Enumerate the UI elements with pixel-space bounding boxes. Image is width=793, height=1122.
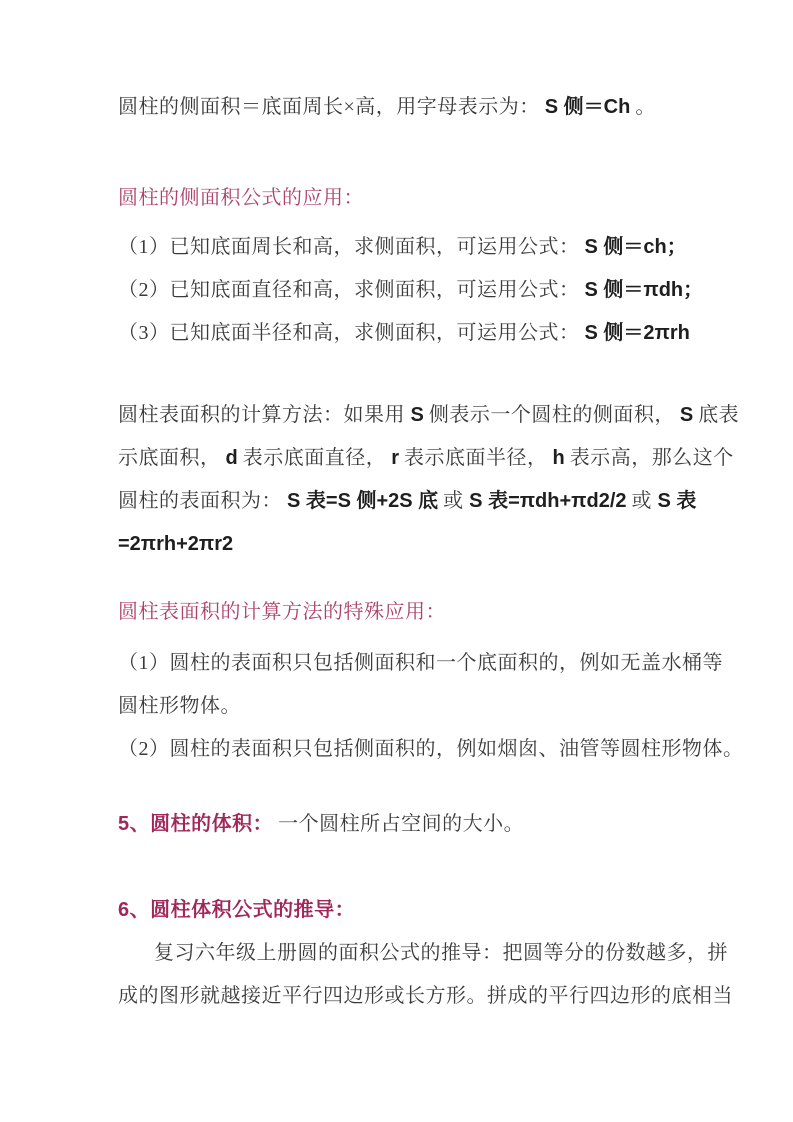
- special-application-heading: 圆柱表面积的计算方法的特殊应用：: [118, 591, 693, 634]
- lateral-area-heading: 圆柱的侧面积公式的应用：: [118, 177, 693, 220]
- paragraph-formula: S: [411, 404, 424, 426]
- paragraph-text: 或: [443, 490, 469, 512]
- paragraph-text: 侧表示一个圆柱的侧面积，: [429, 404, 675, 426]
- list-item: （1）圆柱的表面积只包括侧面积和一个底面积的，例如无盖水桶等: [118, 642, 693, 685]
- paragraph-line: 成的图形就越接近平行四边形或长方形。拼成的平行四边形的底相当: [118, 975, 693, 1018]
- section-6-derivation-heading: 6、圆柱体积公式的推导：: [118, 889, 693, 932]
- section-5-heading: 5、圆柱的体积：: [118, 813, 273, 835]
- paragraph-text: 表示高，那么这个: [570, 447, 734, 469]
- paragraph-line: 复习六年级上册圆的面积公式的推导：把圆等分的份数越多，拼: [118, 932, 693, 975]
- paragraph-line: 圆柱的表面积为： S 表=S 侧+2S 底 或 S 表=πdh+πd2/2 或 …: [118, 480, 693, 523]
- lateral-area-items: （1）已知底面周长和高，求侧面积，可运用公式： S 侧＝ch； （2）已知底面直…: [118, 226, 693, 355]
- paragraph-formula: r: [391, 447, 399, 469]
- paragraph-line: 圆柱表面积的计算方法：如果用 S 侧表示一个圆柱的侧面积， S 底表: [118, 394, 693, 437]
- list-item-continuation: 圆柱形物体。: [118, 685, 693, 728]
- intro-text: 圆柱的侧面积＝底面周长×高，用字母表示为：: [118, 96, 540, 118]
- list-item: （2）圆柱的表面积只包括侧面积的，例如烟囱、油管等圆柱形物体。: [118, 728, 693, 771]
- intro-formula: S 侧＝Ch: [545, 96, 631, 118]
- paragraph-text: 表示底面半径，: [404, 447, 548, 469]
- paragraph-text: 示底面积，: [118, 447, 221, 469]
- paragraph-formula: =2πrh+2πr2: [118, 533, 233, 555]
- paragraph-formula: h: [553, 447, 565, 469]
- section-5-body: 一个圆柱所占空间的大小。: [278, 813, 524, 835]
- list-item-text: （3）已知底面半径和高，求侧面积，可运用公式：: [118, 322, 580, 344]
- surface-area-paragraph: 圆柱表面积的计算方法：如果用 S 侧表示一个圆柱的侧面积， S 底表 示底面积，…: [118, 394, 693, 566]
- list-item-text: （1）已知底面周长和高，求侧面积，可运用公式：: [118, 236, 580, 258]
- paragraph-formula: S 表: [658, 490, 697, 512]
- list-item: （2）已知底面直径和高，求侧面积，可运用公式： S 侧＝πdh；: [118, 269, 693, 312]
- list-item-formula: S 侧＝2πrh: [585, 322, 690, 344]
- intro-period: 。: [635, 96, 656, 118]
- paragraph-text: 底表: [698, 404, 739, 426]
- paragraph-text: 圆柱表面积的计算方法：如果用: [118, 404, 411, 426]
- list-item-text: （2）已知底面直径和高，求侧面积，可运用公式：: [118, 279, 580, 301]
- document-page: 圆柱的侧面积＝底面周长×高，用字母表示为： S 侧＝Ch 。 圆柱的侧面积公式的…: [0, 0, 793, 1122]
- list-item-formula: S 侧＝πdh；: [585, 279, 704, 301]
- section-5-volume: 5、圆柱的体积： 一个圆柱所占空间的大小。: [118, 803, 693, 846]
- intro-line: 圆柱的侧面积＝底面周长×高，用字母表示为： S 侧＝Ch 。: [118, 86, 693, 129]
- paragraph-formula: S 表=S 侧+2S 底: [287, 490, 438, 512]
- derivation-paragraph: 复习六年级上册圆的面积公式的推导：把圆等分的份数越多，拼 成的图形就越接近平行四…: [118, 932, 693, 1018]
- paragraph-line: 示底面积， d 表示底面直径， r 表示底面半径， h 表示高，那么这个: [118, 437, 693, 480]
- list-item-formula: S 侧＝ch；: [585, 236, 687, 258]
- special-application-items: （1）圆柱的表面积只包括侧面积和一个底面积的，例如无盖水桶等 圆柱形物体。 （2…: [118, 642, 693, 771]
- paragraph-text: 表示底面直径，: [243, 447, 387, 469]
- paragraph-formula: d: [226, 447, 238, 469]
- list-item: （1）已知底面周长和高，求侧面积，可运用公式： S 侧＝ch；: [118, 226, 693, 269]
- paragraph-formula: S: [680, 404, 693, 426]
- paragraph-text: 圆柱的表面积为：: [118, 490, 282, 512]
- list-item: （3）已知底面半径和高，求侧面积，可运用公式： S 侧＝2πrh: [118, 312, 693, 355]
- paragraph-line: =2πrh+2πr2: [118, 523, 693, 566]
- paragraph-formula: S 表=πdh+πd2/2: [469, 490, 626, 512]
- paragraph-text: 或: [632, 490, 658, 512]
